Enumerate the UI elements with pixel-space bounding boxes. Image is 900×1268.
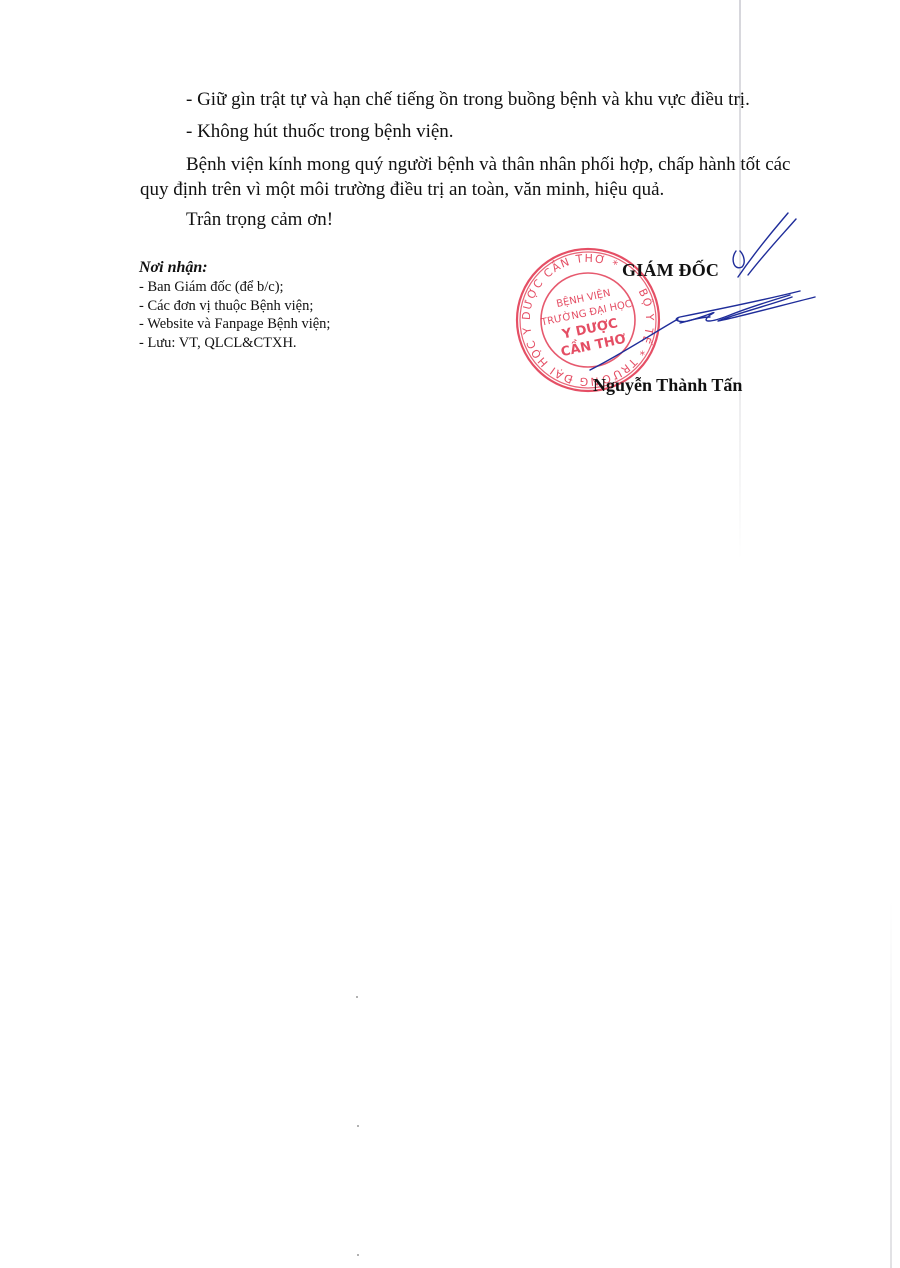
scan-speck bbox=[356, 996, 358, 998]
recipient-item: - Website và Fanpage Bệnh viện; bbox=[139, 315, 330, 334]
recipients-heading: Nơi nhận: bbox=[139, 258, 330, 278]
closing-line: Trân trọng cảm ơn! bbox=[186, 206, 333, 233]
recipient-item: - Các đơn vị thuộc Bệnh viện; bbox=[139, 297, 330, 316]
scan-speck bbox=[357, 1254, 359, 1256]
handwritten-signature-icon bbox=[560, 205, 820, 385]
recipient-item: - Ban Giám đốc (để b/c); bbox=[139, 278, 330, 297]
bullet-quiet: - Giữ gìn trật tự và hạn chế tiếng ồn tr… bbox=[186, 86, 750, 113]
recipient-item: - Lưu: VT, QLCL&CTXH. bbox=[139, 334, 330, 353]
scan-speck bbox=[357, 1125, 359, 1127]
request-paragraph-line-2: quy định trên vì một môi trường điều trị… bbox=[140, 176, 664, 203]
document-page: - Giữ gìn trật tự và hạn chế tiếng ồn tr… bbox=[0, 0, 900, 1268]
scan-edge-artifact bbox=[890, 900, 892, 1268]
bullet-no-smoking: - Không hút thuốc trong bệnh viện. bbox=[186, 118, 454, 145]
request-paragraph-line-1: Bệnh viện kính mong quý người bệnh và th… bbox=[186, 151, 791, 178]
recipients-block: Nơi nhận: - Ban Giám đốc (để b/c); - Các… bbox=[139, 258, 330, 352]
